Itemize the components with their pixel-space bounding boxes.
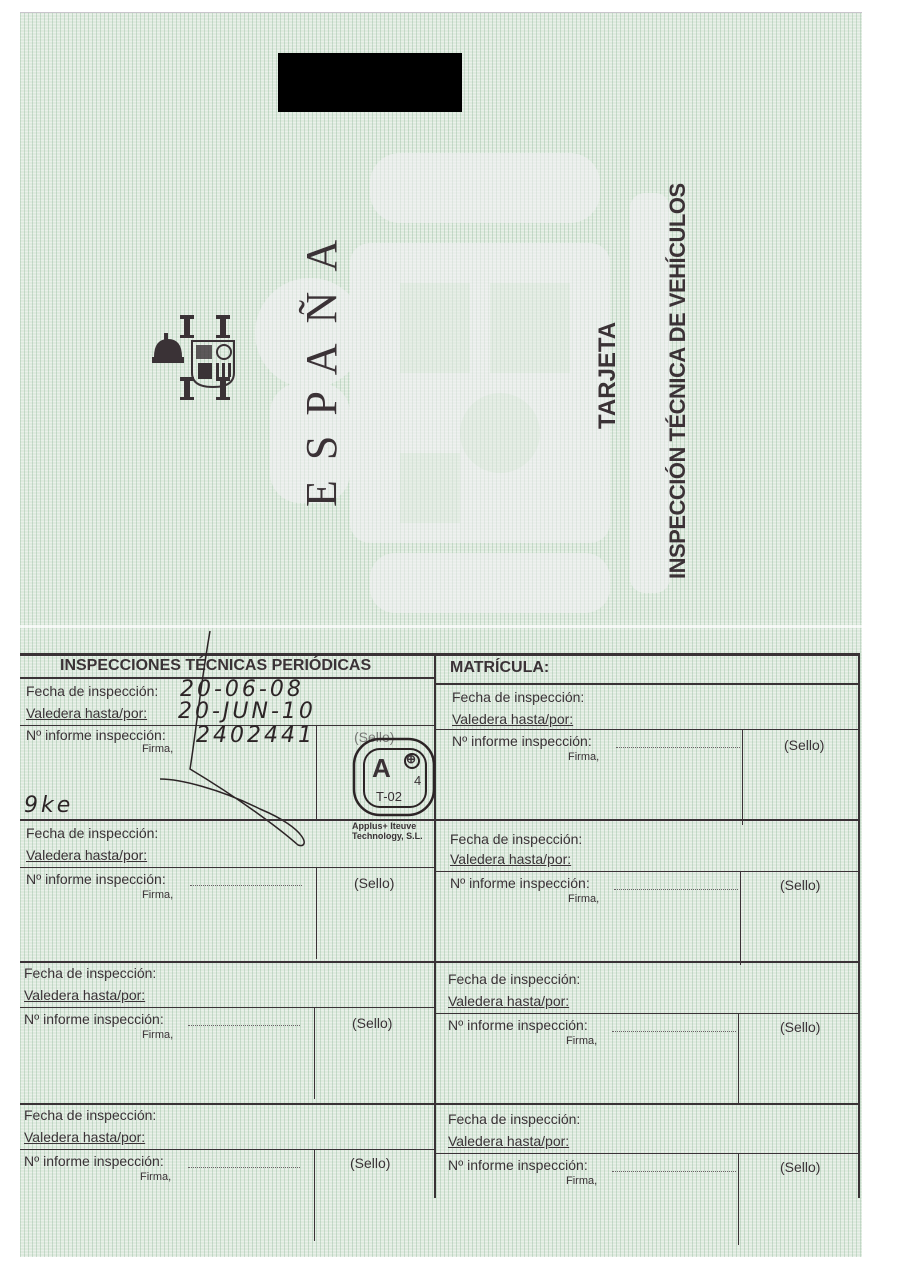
sello-divider <box>314 1149 315 1241</box>
row-rule <box>435 1153 860 1154</box>
stamp-symbol: A <box>372 753 391 784</box>
informe-field[interactable] <box>612 1171 736 1172</box>
informe-field[interactable] <box>190 885 302 886</box>
stamp-company-line2: Technology, S.L. <box>352 831 423 841</box>
fecha-label: Fecha de inspección: <box>448 971 580 987</box>
inspection-stamp: A ⊕ 4 T-02 <box>350 735 460 820</box>
firma-label: Firma, <box>142 1029 173 1041</box>
sello-label: (Sello) <box>780 1159 820 1175</box>
stamp-plus-icon: ⊕ <box>406 752 416 766</box>
sello-label: (Sello) <box>352 1015 392 1031</box>
valedera-label: Valedera hasta/por: <box>26 847 147 863</box>
valedera-label: Valedera hasta/por: <box>24 1129 145 1145</box>
informe-field[interactable] <box>188 1167 300 1168</box>
informe-label: Nº informe inspección: <box>452 733 592 749</box>
sello-divider <box>738 1013 739 1105</box>
sello-label: (Sello) <box>780 1019 820 1035</box>
row-rule <box>435 871 860 872</box>
informe-label: Nº informe inspección: <box>448 1157 588 1173</box>
redacted-area <box>278 53 462 112</box>
sello-divider <box>314 1007 315 1099</box>
fecha-label: Fecha de inspección: <box>26 825 158 841</box>
country-name: ESPAÑA <box>296 220 347 507</box>
right-border <box>858 653 860 1198</box>
informe-field[interactable] <box>616 747 740 748</box>
block-rule <box>20 1103 860 1105</box>
firma-label: Firma, <box>140 1171 171 1183</box>
firma-label: Firma, <box>568 751 599 763</box>
valedera-label: Valedera hasta/por: <box>448 993 569 1009</box>
card-title: TARJETA <box>594 322 622 429</box>
informe-label: Nº informe inspección: <box>26 871 166 887</box>
firma-label: Firma, <box>568 893 599 905</box>
block-rule <box>20 961 860 963</box>
informe-field[interactable] <box>612 1031 736 1032</box>
right-header-rule <box>435 683 860 685</box>
signature-scribble-icon <box>140 629 320 849</box>
informe-label: Nº informe inspección: <box>450 875 590 891</box>
valedera-label: Valedera hasta/por: <box>452 711 573 727</box>
fecha-label: Fecha de inspección: <box>452 689 584 705</box>
sello-divider <box>742 729 743 825</box>
fold-line <box>20 625 862 628</box>
row-rule <box>435 729 860 730</box>
row-rule <box>20 1149 435 1150</box>
firma-label: Firma, <box>566 1035 597 1047</box>
sello-divider <box>740 871 741 965</box>
sello-label: (Sello) <box>350 1155 390 1171</box>
informe-label: Nº informe inspección: <box>24 1011 164 1027</box>
stamp-company-line1: Applus+ Iteuve <box>352 821 416 831</box>
block-rule <box>20 819 860 821</box>
firma-label: Firma, <box>566 1175 597 1187</box>
informe-label: Nº informe inspección: <box>448 1017 588 1033</box>
informe-label: Nº informe inspección: <box>24 1153 164 1169</box>
informe-field[interactable] <box>614 889 738 890</box>
valedera-label: Valedera hasta/por: <box>450 851 571 867</box>
valedera-label: Valedera hasta/por: <box>26 705 147 721</box>
fecha-label: Fecha de inspección: <box>26 683 158 699</box>
stamp-number: 4 <box>414 773 421 788</box>
row-rule <box>20 867 435 868</box>
sello-label: (Sello) <box>354 875 394 891</box>
sello-divider <box>738 1153 739 1245</box>
row-rule <box>20 1007 435 1008</box>
sello-divider <box>316 867 317 959</box>
sello-label: (Sello) <box>780 877 820 893</box>
handwritten-signature[interactable]: 9ke <box>24 793 73 818</box>
card-subtitle: INSPECCIÓN TÉCNICA DE VEHÍCULOS <box>665 183 691 579</box>
fecha-label: Fecha de inspección: <box>450 831 582 847</box>
right-header: MATRÍCULA: <box>450 659 549 677</box>
fecha-label: Fecha de inspección: <box>24 965 156 981</box>
fecha-label: Fecha de inspección: <box>24 1107 156 1123</box>
informe-field[interactable] <box>188 1025 300 1026</box>
row-rule <box>435 1013 860 1014</box>
stamp-code: T-02 <box>376 789 402 804</box>
valedera-label: Valedera hasta/por: <box>448 1133 569 1149</box>
sello-label: (Sello) <box>784 737 824 753</box>
firma-label: Firma, <box>142 889 173 901</box>
fecha-label: Fecha de inspección: <box>448 1111 580 1127</box>
itv-card: ESPAÑA TARJETA INSPECCIÓN TÉCNICA DE VEH… <box>20 12 862 1257</box>
valedera-label: Valedera hasta/por: <box>24 987 145 1003</box>
coat-of-arms-icon <box>150 313 250 405</box>
